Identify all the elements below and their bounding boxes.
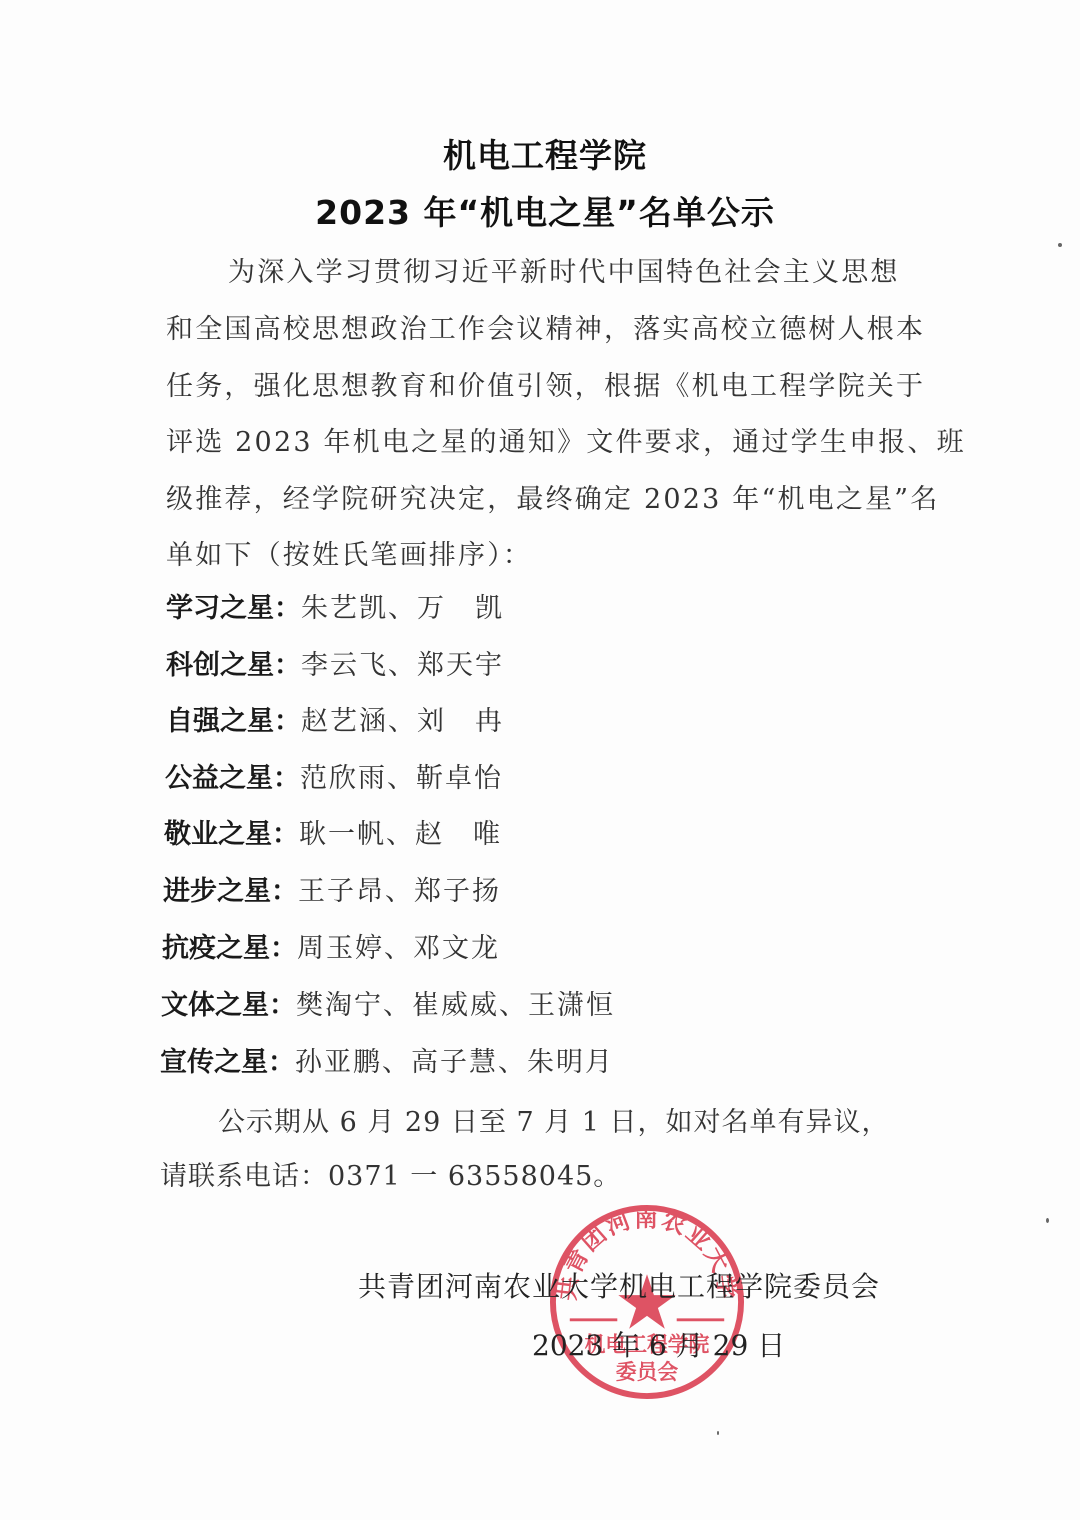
intro-line-4: 评选 2023 年机电之星的通知》文件要求，通过学生申报、班: [166, 420, 966, 459]
star-row-study: 学习之星：朱艺凯、万 凯: [166, 586, 504, 625]
intro-line-5: 级推荐，经学院研究决定，最终确定 2023 年“机电之星”名: [166, 477, 939, 516]
star-row-progress: 进步之星：王子昂、郑子扬: [163, 869, 501, 908]
star-names: 耿一帆、赵 唯: [299, 819, 502, 850]
star-names: 李云飞、郑天宇: [301, 650, 504, 681]
document-page: 机电工程学院 2023 年“机电之星”名单公示 为深入学习贯彻习近平新时代中国特…: [0, 0, 1080, 1520]
star-label: 敬业之星：: [164, 819, 299, 850]
notice-line-1: 公示期从 6 月 29 日至 7 月 1 日，如对名单有异议，: [218, 1100, 890, 1139]
scan-speck: [717, 1431, 719, 1435]
star-names: 孙亚鹏、高子慧、朱明月: [295, 1047, 614, 1078]
star-names: 朱艺凯、万 凯: [301, 593, 504, 624]
star-label: 抗疫之星：: [162, 933, 297, 964]
star-names: 范欣雨、靳卓怡: [300, 763, 503, 794]
notice-line-2: 请联系电话：0371 一 63558045。: [160, 1154, 621, 1193]
star-label: 公益之星：: [165, 763, 300, 794]
star-row-dedication: 敬业之星：耿一帆、赵 唯: [164, 812, 502, 851]
star-row-anti-epidemic: 抗疫之星：周玉婷、邓文龙: [162, 926, 500, 965]
star-row-publicity: 宣传之星：孙亚鹏、高子慧、朱明月: [160, 1040, 614, 1079]
scan-speck: [1058, 243, 1062, 247]
star-row-arts-sports: 文体之星：樊淘宁、崔威威、王潇恒: [161, 983, 615, 1022]
star-names: 樊淘宁、崔威威、王潇恒: [296, 990, 615, 1021]
intro-line-2: 和全国高校思想政治工作会议精神，落实高校立德树人根本: [166, 307, 925, 346]
star-label: 科创之星：: [166, 650, 301, 681]
intro-line-6: 单如下（按姓氏笔画排序）：: [166, 533, 532, 572]
signature-date: 2023 年 6 月 29 日: [532, 1324, 785, 1364]
document-title: 机电工程学院: [0, 130, 1080, 177]
document-subtitle: 2023 年“机电之星”名单公示: [0, 187, 1080, 234]
star-label: 宣传之星：: [160, 1047, 295, 1078]
star-row-public-welfare: 公益之星：范欣雨、靳卓怡: [165, 756, 503, 795]
scan-speck: [1046, 1218, 1049, 1223]
star-names: 周玉婷、邓文龙: [297, 933, 500, 964]
intro-line-3: 任务，强化思想教育和价值引领，根据《机电工程学院关于: [166, 364, 925, 403]
star-label: 学习之星：: [166, 593, 301, 624]
star-names: 赵艺涵、刘 冉: [301, 706, 504, 737]
star-names: 王子昂、郑子扬: [298, 876, 501, 907]
intro-line-1: 为深入学习贯彻习近平新时代中国特色社会主义思想: [228, 250, 900, 289]
signature-organization: 共青团河南农业大学机电工程学院委员会: [358, 1265, 880, 1305]
star-label: 文体之星：: [161, 990, 296, 1021]
star-row-innovation: 科创之星：李云飞、郑天宇: [166, 643, 504, 682]
star-label: 进步之星：: [163, 876, 298, 907]
star-label: 自强之星：: [166, 706, 301, 737]
star-row-self-improvement: 自强之星：赵艺涵、刘 冉: [166, 699, 504, 738]
